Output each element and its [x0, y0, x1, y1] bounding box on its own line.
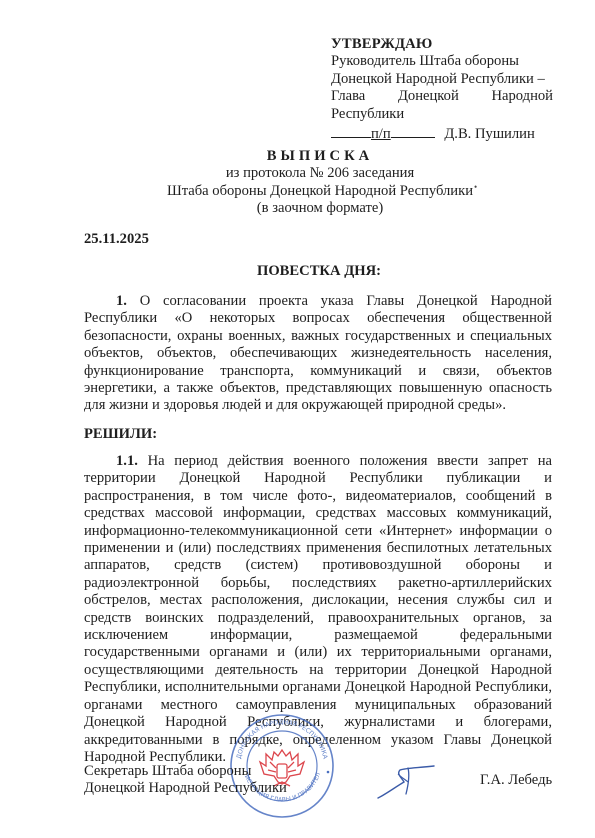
handwritten-signature-icon	[372, 760, 452, 800]
approval-signatory: Д.В. Пушилин	[444, 126, 534, 142]
document-title: ВЫПИСКА	[150, 148, 490, 165]
approval-line: Донецкой Народной Республики –	[331, 71, 553, 88]
agenda-item-text: О согласовании проекта указа Главы Донец…	[84, 293, 552, 413]
title-line: (в заочном формате)	[150, 200, 490, 217]
title-line: Штаба обороны Донецкой Народной Республи…	[150, 183, 490, 200]
approval-line: Республики	[331, 106, 553, 123]
signature-underline	[391, 123, 435, 138]
approval-signature-line: п/п Д.В. Пушилин	[331, 123, 553, 143]
agenda-heading: ПОВЕСТКА ДНЯ:	[84, 263, 554, 280]
approval-line: Руководитель Штаба обороны	[331, 53, 553, 70]
approval-line: Глава Донецкой Народной	[331, 88, 553, 105]
secretary-title-line: Донецкой Народной Республики	[84, 780, 287, 797]
resolution-item-number: 1.1.	[116, 453, 138, 469]
document-date: 25.11.2025	[84, 231, 149, 248]
agenda-item: 1. О согласовании проекта указа Главы До…	[84, 293, 552, 415]
resolved-heading: РЕШИЛИ:	[84, 426, 157, 443]
approval-heading: УТВЕРЖДАЮ	[331, 36, 553, 53]
stray-mark: •	[474, 182, 477, 192]
approval-block: УТВЕРЖДАЮ Руководитель Штаба обороны Дон…	[331, 36, 553, 143]
secretary-title: Секретарь Штаба обороны Донецкой Народно…	[84, 763, 287, 798]
secretary-title-line: Секретарь Штаба обороны	[84, 763, 287, 780]
title-line: из протокола № 206 заседания	[150, 165, 490, 182]
signature-mark: п/п	[371, 126, 391, 142]
signature-underline	[331, 123, 371, 138]
agenda-item-number: 1.	[116, 293, 127, 309]
secretary-name: Г.А. Лебедь	[480, 772, 552, 789]
document-title-block: ВЫПИСКА из протокола № 206 заседания Шта…	[150, 148, 490, 218]
